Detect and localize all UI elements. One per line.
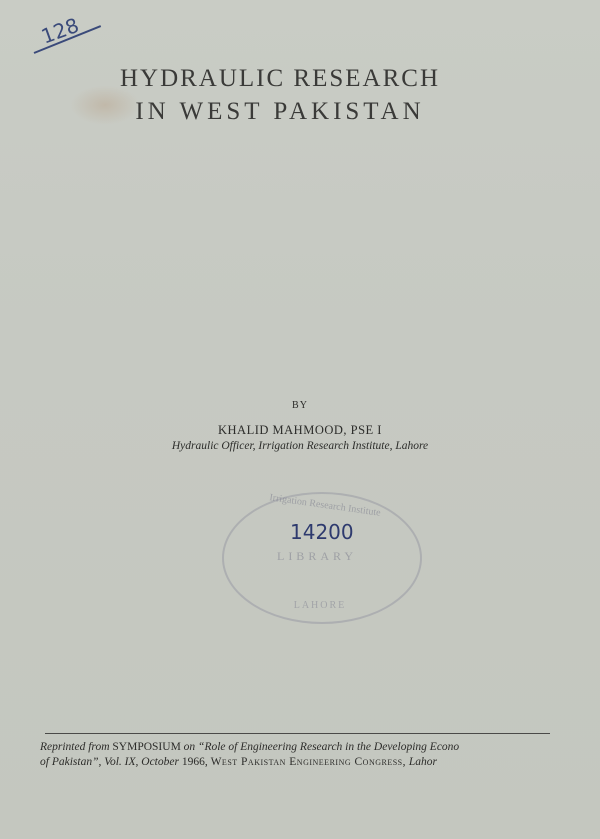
by-label: BY: [0, 400, 600, 411]
handwritten-accession-number: 14200: [290, 520, 354, 544]
publisher-city: Lahor: [409, 756, 437, 768]
footer-divider: [45, 733, 550, 734]
title-line-1: HYDRAULIC RESEARCH: [0, 65, 580, 93]
stamp-library-text: LIBRARY: [262, 549, 372, 564]
reprint-prefix: Reprinted from: [40, 741, 110, 753]
footer-line-1: Reprinted from SYMPOSIUM on “Role of Eng…: [40, 741, 459, 753]
publication-year: 1966,: [182, 756, 208, 768]
author-affiliation: Hydraulic Officer, Irrigation Research I…: [0, 440, 600, 452]
footer-line-2: of Pakistan”, Vol. IX, October 1966, Wes…: [40, 756, 437, 768]
symposium-topic: on “Role of Engineering Research in the …: [184, 741, 460, 753]
journal-name: SYMPOSIUM: [112, 741, 180, 753]
volume-info: of Pakistan”, Vol. IX, October: [40, 756, 179, 768]
publisher: West Pakistan Engineering Congress,: [211, 756, 406, 768]
author-name: KHALID MAHMOOD, PSE I: [0, 423, 600, 438]
stamp-city-text: LAHORE: [270, 600, 370, 611]
title-line-2: IN WEST PAKISTAN: [0, 98, 580, 126]
